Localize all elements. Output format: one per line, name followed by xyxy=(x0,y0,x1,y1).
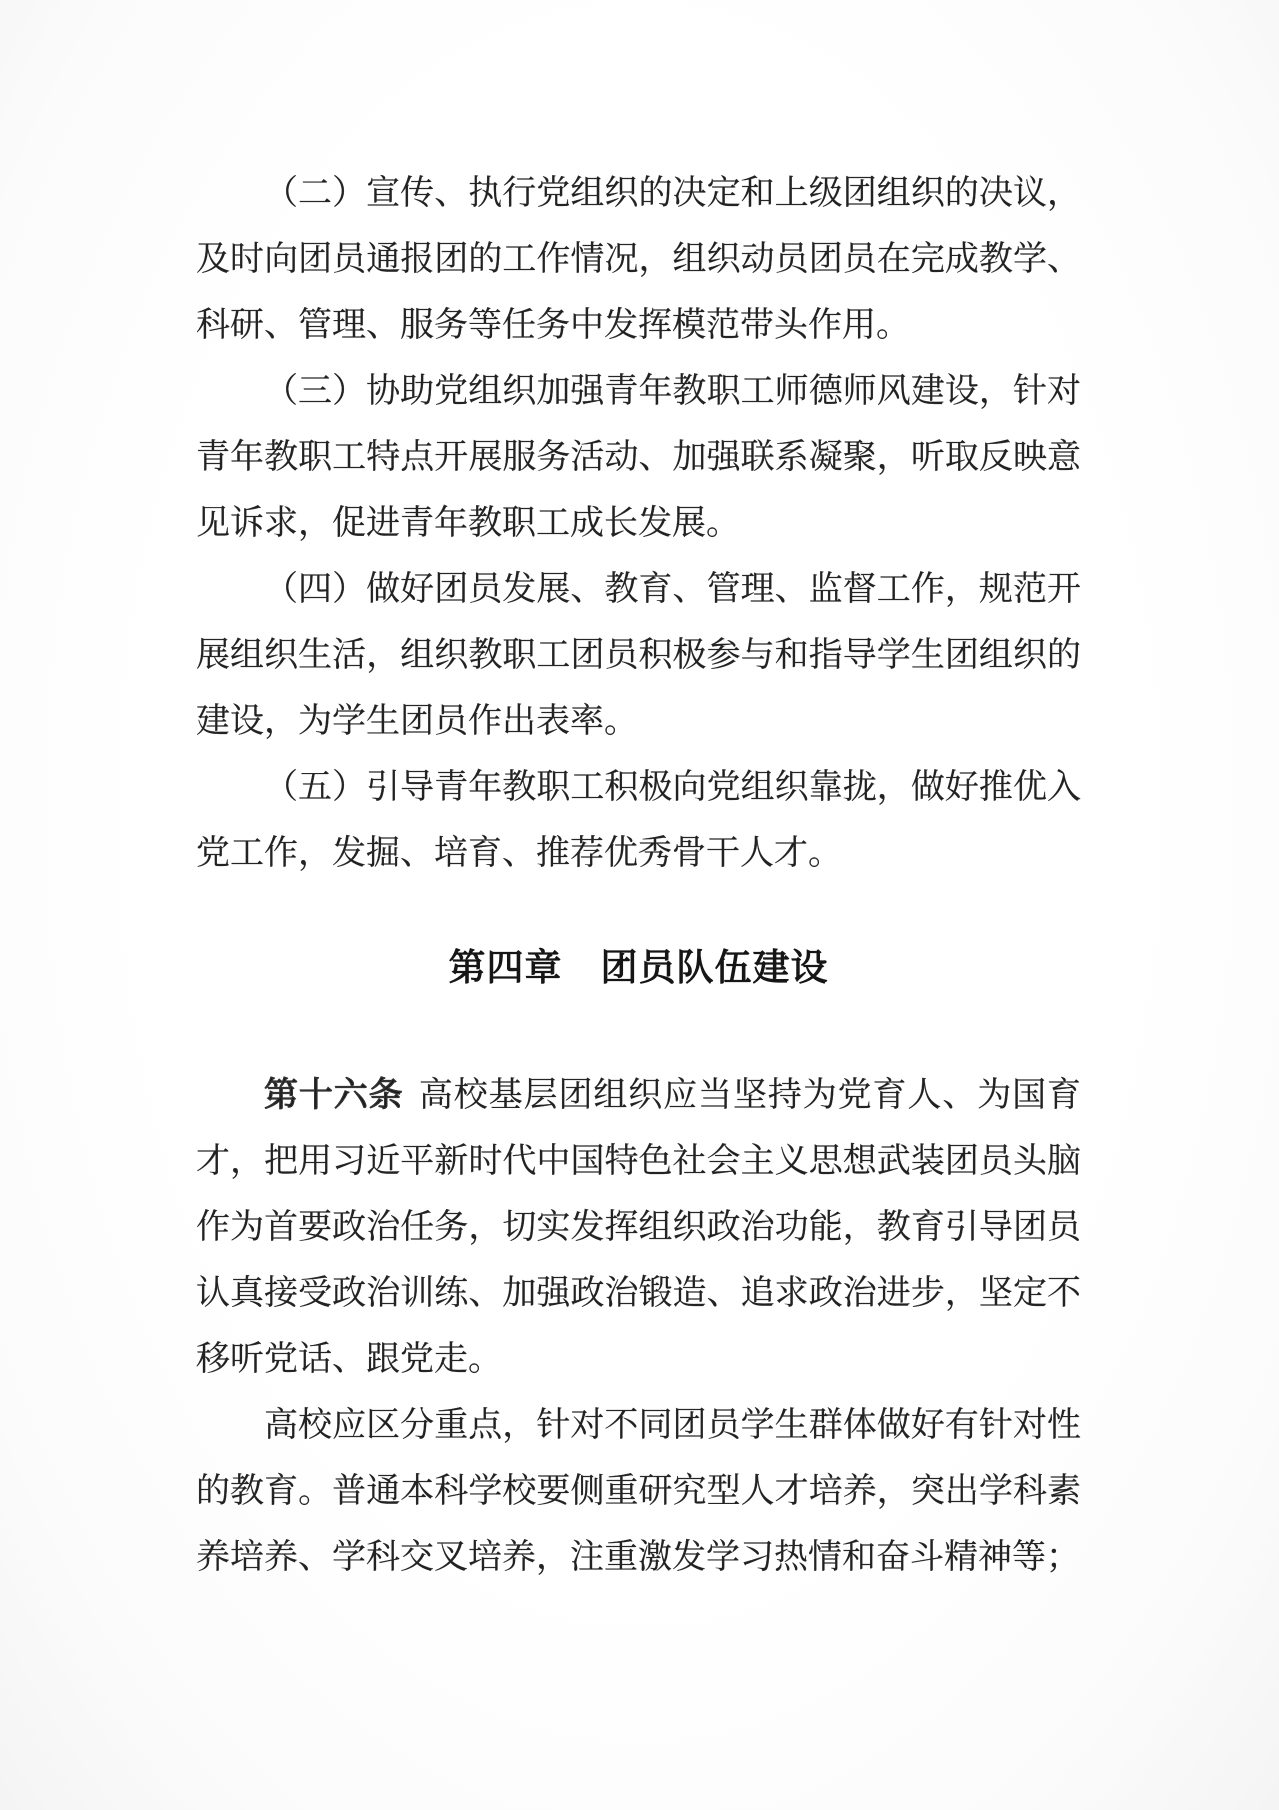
paragraph: （四）做好团员发展、教育、管理、监督工作，规范开展组织生活，组织教职工团员积极参… xyxy=(196,556,1081,754)
paragraph: 高校应区分重点，针对不同团员学生群体做好有针对性的教育。普通本科学校要侧重研究型… xyxy=(196,1392,1081,1590)
paragraph: （五）引导青年教职工积极向党组织靠拢，做好推优入党工作，发掘、培育、推荐优秀骨干… xyxy=(196,754,1081,886)
paragraph: （三）协助党组织加强青年教职工师德师风建设，针对青年教职工特点开展服务活动、加强… xyxy=(196,358,1081,556)
document-text-block: （二）宣传、执行党组织的决定和上级团组织的决议，及时向团员通报团的工作情况，组织… xyxy=(0,0,1279,1590)
chapter-heading: 第四章 团员队伍建设 xyxy=(196,934,1081,1000)
paragraph: （二）宣传、执行党组织的决定和上级团组织的决议，及时向团员通报团的工作情况，组织… xyxy=(196,160,1081,358)
paragraph: 第十六条高校基层团组织应当坚持为党育人、为国育才，把用习近平新时代中国特色社会主… xyxy=(196,1062,1081,1392)
document-page: （二）宣传、执行党组织的决定和上级团组织的决议，及时向团员通报团的工作情况，组织… xyxy=(0,0,1279,1810)
article-number-label: 第十六条 xyxy=(264,1075,404,1115)
